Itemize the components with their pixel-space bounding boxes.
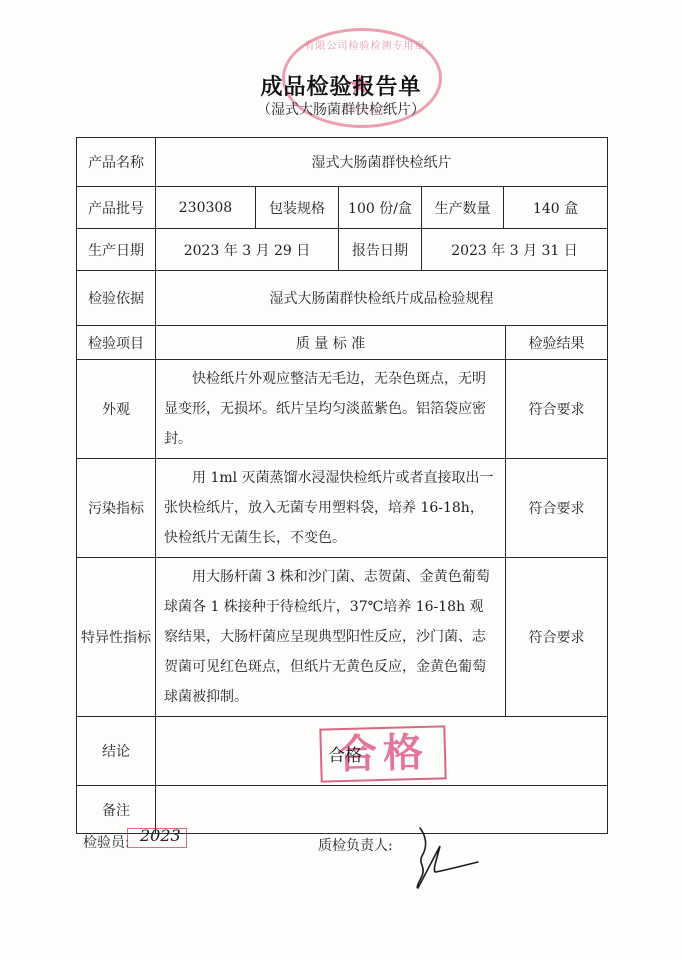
package-label: 包装规格 <box>256 187 339 229</box>
batch-label: 产品批号 <box>77 187 156 229</box>
conclusion-value: 合格 <box>328 741 362 766</box>
standard-specificity: 用大肠杆菌 3 株和沙门菌、志贺菌、金黄色葡萄球菌各 1 株接种于待检纸片，37… <box>156 558 506 717</box>
seal-ring-text: 有限公司检验检测专用章 <box>303 37 427 52</box>
report-title: 成品检验报告单 <box>0 70 682 101</box>
item-contamination: 污染指标 <box>77 459 156 558</box>
production-date-value: 2023 年 3 月 29 日 <box>156 229 339 271</box>
conclusion-label: 结论 <box>77 717 156 786</box>
report-date-label: 报告日期 <box>339 229 422 271</box>
batch-value: 230308 <box>156 187 256 229</box>
row-specificity: 特异性指标 用大肠杆菌 3 株和沙门菌、志贺菌、金黄色葡萄球菌各 1 株接种于待… <box>77 558 608 717</box>
row-batch: 产品批号 230308 包装规格 100 份/盒 生产数量 140 盒 <box>77 187 608 229</box>
row-inspection-header: 检验项目 质 量 标 准 检验结果 <box>77 326 608 360</box>
standard-contamination-text: 用 1ml 灭菌蒸馏水浸湿快检纸片或者直接取出一张快检纸片，放入无菌专用塑料袋，… <box>164 470 494 546</box>
basis-label: 检验依据 <box>77 271 156 326</box>
row-basis: 检验依据 湿式大肠菌群快检纸片成品检验规程 <box>77 271 608 326</box>
production-date-label: 生产日期 <box>77 229 156 271</box>
basis-value: 湿式大肠菌群快检纸片成品检验规程 <box>156 271 608 326</box>
report-subtitle: （湿式大肠菌群快检纸片） <box>0 99 682 119</box>
item-appearance: 外观 <box>77 360 156 459</box>
header-result: 检验结果 <box>506 326 608 360</box>
item-specificity: 特异性指标 <box>77 558 156 717</box>
result-specificity: 符合要求 <box>506 558 608 717</box>
inspector-signature: 2023 <box>140 826 181 845</box>
row-conclusion: 结论 合格 合格 <box>77 717 608 786</box>
standard-specificity-text: 用大肠杆菌 3 株和沙门菌、志贺菌、金黄色葡萄球菌各 1 株接种于待检纸片，37… <box>164 569 490 705</box>
conclusion-cell: 合格 合格 <box>156 717 608 786</box>
qc-lead-label: 质检负责人: <box>318 835 393 855</box>
header-standard: 质 量 标 准 <box>156 326 506 360</box>
standard-contamination: 用 1ml 灭菌蒸馏水浸湿快检纸片或者直接取出一张快检纸片，放入无菌专用塑料袋，… <box>156 459 506 558</box>
row-contamination: 污染指标 用 1ml 灭菌蒸馏水浸湿快检纸片或者直接取出一张快检纸片，放入无菌专… <box>77 459 608 558</box>
report-table: 产品名称 湿式大肠菌群快检纸片 产品批号 230308 包装规格 100 份/盒… <box>76 137 608 834</box>
result-appearance: 符合要求 <box>506 360 608 459</box>
report-date-value: 2023 年 3 月 31 日 <box>422 229 608 271</box>
row-product-name: 产品名称 湿式大肠菌群快检纸片 <box>77 138 608 187</box>
header-item: 检验项目 <box>77 326 156 360</box>
inspection-report-page: 有限公司检验检测专用章 ★ 检验专用章 成品检验报告单 （湿式大肠菌群快检纸片）… <box>0 0 682 960</box>
quantity-value: 140 盒 <box>504 187 608 229</box>
standard-appearance: 快检纸片外观应整洁无毛边，无杂色斑点，无明显变形，无损坏。纸片呈均匀淡蓝紫色。铝… <box>156 360 506 459</box>
row-dates: 生产日期 2023 年 3 月 29 日 报告日期 2023 年 3 月 31 … <box>77 229 608 271</box>
result-contamination: 符合要求 <box>506 459 608 558</box>
qc-lead-signature-icon <box>412 826 482 891</box>
inspector-label: 检验员: <box>83 832 130 852</box>
standard-appearance-text: 快检纸片外观应整洁无毛边，无杂色斑点，无明显变形，无损坏。纸片呈均匀淡蓝紫色。铝… <box>164 371 486 447</box>
remarks-value <box>156 786 608 834</box>
package-value: 100 份/盒 <box>339 187 422 229</box>
quantity-label: 生产数量 <box>422 187 504 229</box>
product-name-label: 产品名称 <box>77 138 156 187</box>
row-appearance: 外观 快检纸片外观应整洁无毛边，无杂色斑点，无明显变形，无损坏。纸片呈均匀淡蓝紫… <box>77 360 608 459</box>
product-name-value: 湿式大肠菌群快检纸片 <box>156 138 608 187</box>
